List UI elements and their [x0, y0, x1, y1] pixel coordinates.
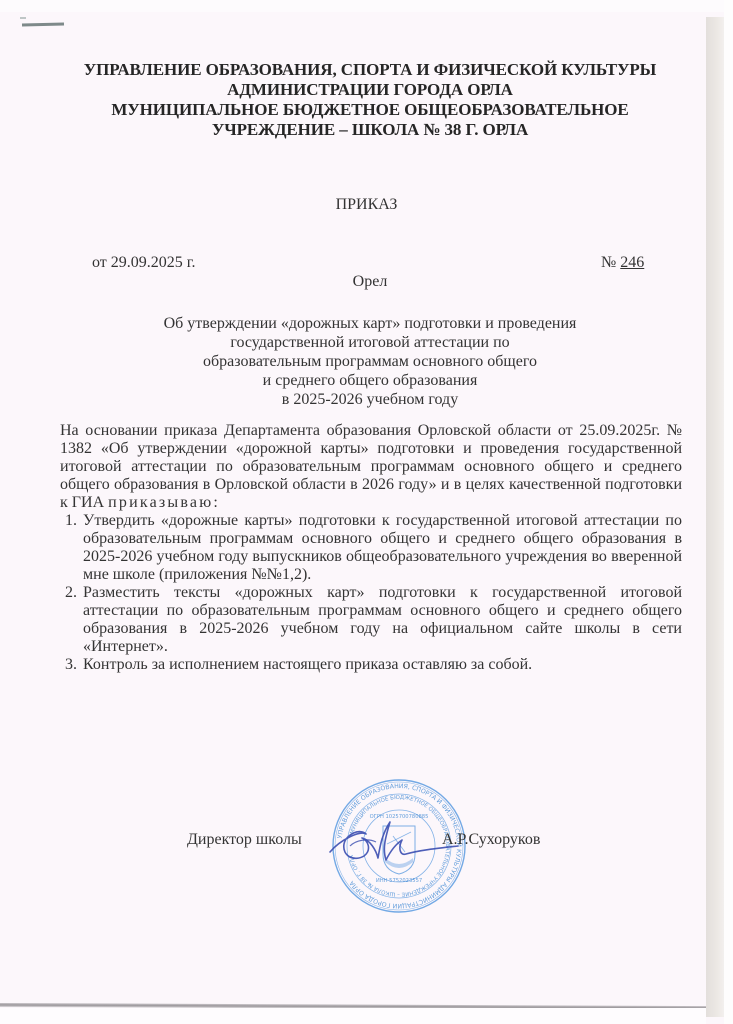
document-subject: Об утверждении «дорожных карт» подготовк…	[120, 314, 620, 409]
subject-line: и среднего общего образования	[120, 371, 620, 390]
organization-header: УПРАВЛЕНИЕ ОБРАЗОВАНИЯ, СПОРТА И ФИЗИЧЕС…	[60, 60, 680, 140]
subject-line: в 2025-2026 учебном году	[120, 390, 620, 409]
document-city: Орел	[0, 273, 733, 291]
subject-line: государственной итоговой аттестации по	[120, 333, 620, 352]
scan-top-margin	[0, 0, 733, 12]
scan-right-margin	[724, 0, 733, 1024]
scan-bottom-margin	[0, 1008, 706, 1024]
subject-line: образовательным программам основного общ…	[120, 352, 620, 371]
header-line: УЧРЕЖДЕНИЕ – ШКОЛА № 38 Г. ОРЛА	[60, 120, 680, 140]
item-number: 3.	[65, 656, 77, 674]
item-number: 2.	[65, 584, 77, 602]
preamble-paragraph: На основании приказа Департамента образо…	[60, 422, 682, 512]
document-number: № 246	[601, 254, 644, 272]
signer-title: Директор школы	[187, 831, 302, 849]
item-text: Разместить тексты «дорожных карт» подгот…	[83, 584, 682, 655]
order-item: 3. Контроль за исполнением настоящего пр…	[60, 656, 682, 674]
director-signature-icon	[320, 810, 460, 870]
order-item: 1. Утвердить «дорожные карты» подготовки…	[60, 512, 682, 584]
item-text: Утвердить «дорожные карты» подготовки к …	[83, 512, 682, 583]
order-items-list: 1. Утвердить «дорожные карты» подготовки…	[60, 512, 682, 674]
document-type-title: ПРИКАЗ	[0, 196, 733, 214]
signer-name: А.Р.Сухоруков	[442, 831, 540, 849]
stamp-inn: ИНН 5752023557	[376, 878, 422, 884]
header-line: АДМИНИСТРАЦИИ ГОРОДА ОРЛА	[60, 80, 680, 100]
header-line: МУНИЦИПАЛЬНОЕ БЮДЖЕТНОЕ ОБЩЕОБРАЗОВАТЕЛЬ…	[60, 100, 680, 120]
document-body: На основании приказа Департамента образо…	[60, 422, 682, 674]
page-edge-shadow	[706, 17, 724, 1017]
header-line: УПРАВЛЕНИЕ ОБРАЗОВАНИЯ, СПОРТА И ФИЗИЧЕС…	[60, 60, 680, 80]
item-text: Контроль за исполнением настоящего прика…	[83, 656, 532, 673]
subject-line: Об утверждении «дорожных карт» подготовк…	[120, 314, 620, 333]
order-item: 2. Разместить тексты «дорожных карт» под…	[60, 584, 682, 656]
number-prefix: №	[601, 254, 620, 271]
document-date: от 29.09.2025 г.	[92, 254, 196, 272]
number-value: 246	[620, 254, 644, 271]
order-word: приказываю:	[108, 494, 220, 511]
item-number: 1.	[65, 512, 77, 530]
scan-artifact	[20, 17, 26, 19]
